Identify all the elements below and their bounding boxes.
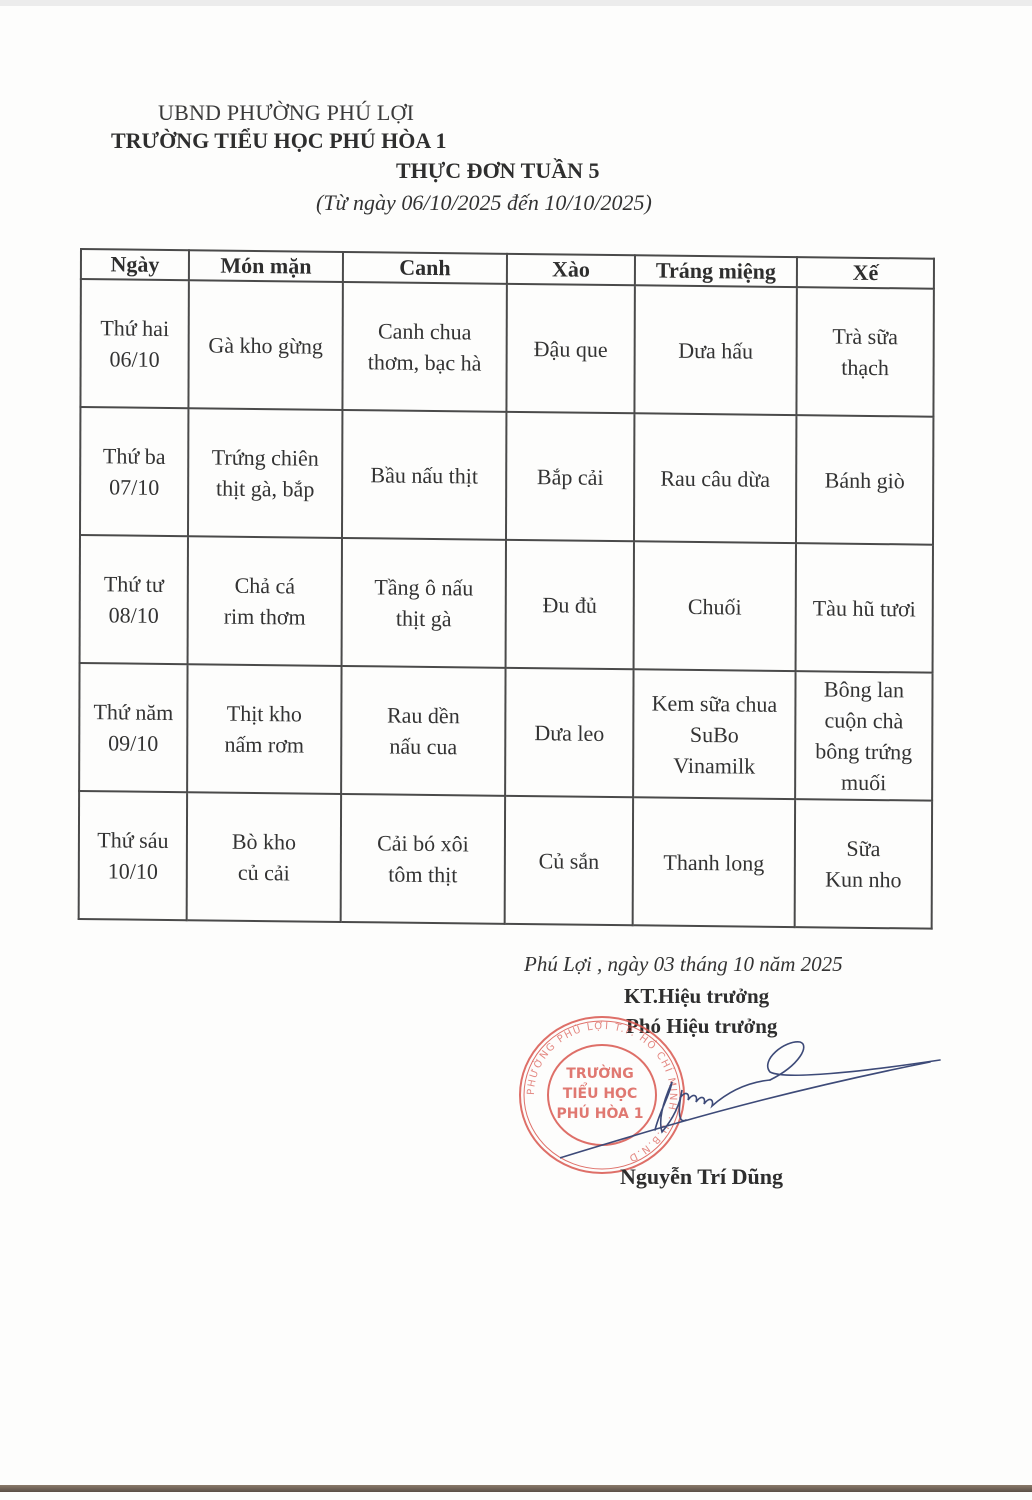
stir-fry-cell: Đậu que: [506, 284, 634, 413]
cell-text-line: nấm rơm: [192, 728, 336, 761]
cell-text-line: Bắp cải: [511, 460, 629, 492]
page-top-edge: [0, 0, 1032, 6]
main-dish-cell: Chả cárim thơm: [188, 536, 342, 666]
snack-cell: SữaKun nho: [795, 799, 932, 929]
cell-text-line: Dưa hấu: [640, 334, 792, 367]
cell-text-line: thơm, bạc hà: [348, 346, 502, 379]
table-row: Thứ sáu10/10Bò khocủ cảiCải bó xôitôm th…: [79, 791, 932, 929]
cell-text-line: Thứ năm: [84, 696, 182, 728]
cell-text-line: thịt gà: [347, 602, 501, 635]
main-dish-cell: Bò khocủ cải: [187, 792, 341, 922]
document-title: THỰC ĐƠN TUẦN 5: [396, 158, 600, 184]
day-cell: Thứ tư08/10: [80, 535, 188, 664]
cell-text-line: Dưa leo: [510, 716, 628, 748]
cell-text-line: Thứ tư: [85, 568, 183, 600]
column-header-dessert: Tráng miệng: [635, 255, 797, 287]
cell-text-line: 09/10: [84, 727, 182, 759]
cell-text-line: Kun nho: [800, 863, 927, 895]
cell-text-line: 06/10: [86, 343, 184, 375]
cell-text-line: 08/10: [85, 599, 183, 631]
cell-text-line: Đu đủ: [511, 588, 629, 620]
snack-cell: Bánh giò: [796, 415, 933, 545]
cell-text-line: 07/10: [85, 471, 183, 503]
cell-text-line: Đậu que: [512, 332, 630, 364]
cell-text-line: Tàu hũ tươi: [801, 592, 928, 624]
signer-name: Nguyễn Trí Dũng: [620, 1164, 783, 1190]
cell-text-line: muối: [800, 766, 927, 798]
cell-text-line: Bông lan: [800, 673, 927, 705]
column-header-snack: Xế: [797, 257, 934, 289]
snack-cell: Tàu hũ tươi: [796, 543, 933, 673]
cell-text-line: Gà kho gừng: [194, 329, 338, 362]
stir-fry-cell: Dưa leo: [505, 668, 633, 797]
cell-text-line: rim thơm: [193, 600, 337, 633]
cell-text-line: Thịt kho: [192, 697, 336, 730]
column-header-soup: Canh: [343, 252, 507, 284]
column-header-day: Ngày: [81, 249, 189, 280]
cell-text-line: tôm thịt: [346, 858, 500, 891]
column-header-main-dish: Món mặn: [189, 250, 343, 282]
soup-cell: Rau dềnnấu cua: [341, 666, 505, 796]
cell-text-line: Chuối: [639, 590, 791, 623]
cell-text-line: SuBo: [638, 718, 790, 751]
stir-fry-cell: Đu đủ: [506, 540, 634, 669]
handwritten-signature-icon: [560, 1020, 960, 1180]
cell-text-line: Thứ sáu: [84, 824, 182, 856]
cell-text-line: bông trứng: [800, 735, 927, 767]
soup-cell: Cải bó xôitôm thịt: [341, 794, 505, 924]
soup-cell: Canh chuathơm, bạc hà: [342, 282, 506, 412]
main-dish-cell: Trứng chiênthịt gà, bắp: [188, 408, 342, 538]
cell-text-line: Bánh giò: [801, 464, 928, 496]
cell-text-line: Vinamilk: [638, 749, 790, 782]
place-and-date: Phú Lợi , ngày 03 tháng 10 năm 2025: [524, 952, 843, 977]
cell-text-line: Rau dền: [346, 699, 500, 732]
cell-text-line: Canh chua: [348, 315, 502, 348]
cell-text-line: Rau câu dừa: [639, 462, 791, 495]
dessert-cell: Kem sữa chuaSuBoVinamilk: [633, 669, 795, 799]
table-row: Thứ ba07/10Trứng chiênthịt gà, bắpBầu nấ…: [80, 407, 933, 545]
stir-fry-cell: Củ sắn: [505, 796, 633, 925]
cell-text-line: Cải bó xôi: [346, 827, 500, 860]
main-dish-cell: Gà kho gừng: [188, 280, 342, 410]
dessert-cell: Thanh long: [633, 797, 795, 927]
main-dish-cell: Thịt khonấm rơm: [187, 664, 341, 794]
date-range: (Từ ngày 06/10/2025 đến 10/10/2025): [316, 190, 652, 216]
dessert-cell: Chuối: [634, 541, 796, 671]
cell-text-line: Bầu nấu thịt: [347, 459, 501, 492]
cell-text-line: Bò kho: [192, 825, 336, 858]
cell-text-line: Tầng ô nấu: [347, 571, 501, 604]
soup-cell: Tầng ô nấuthịt gà: [342, 538, 506, 668]
cell-text-line: Thứ hai: [86, 312, 184, 344]
dessert-cell: Dưa hấu: [634, 285, 796, 415]
day-cell: Thứ năm09/10: [79, 663, 187, 792]
soup-cell: Bầu nấu thịt: [342, 410, 506, 540]
table-row: Thứ hai06/10Gà kho gừngCanh chuathơm, bạ…: [80, 279, 933, 417]
page-bottom-edge: [0, 1485, 1032, 1492]
authority-name: UBND PHƯỜNG PHÚ LỢI: [158, 100, 414, 126]
dessert-cell: Rau câu dừa: [634, 413, 796, 543]
cell-text-line: Trứng chiên: [193, 441, 337, 474]
snack-cell: Trà sữathạch: [796, 287, 933, 417]
snack-cell: Bông lancuộn chàbông trứngmuối: [795, 671, 932, 801]
cell-text-line: cuộn chà: [800, 704, 927, 736]
cell-text-line: Chả cá: [193, 569, 337, 602]
cell-text-line: 10/10: [84, 855, 182, 887]
cell-text-line: Củ sắn: [510, 844, 628, 876]
stir-fry-cell: Bắp cải: [506, 412, 634, 541]
cell-text-line: thạch: [802, 351, 929, 383]
cell-text-line: nấu cua: [346, 730, 500, 763]
cell-text-line: củ cải: [192, 856, 336, 889]
table-row: Thứ năm09/10Thịt khonấm rơmRau dềnnấu cu…: [79, 663, 932, 801]
day-cell: Thứ ba07/10: [80, 407, 188, 536]
column-header-stir-fry: Xào: [507, 254, 635, 285]
cell-text-line: Trà sữa: [802, 320, 929, 352]
table-row: Thứ tư08/10Chả cárim thơmTầng ô nấuthịt …: [80, 535, 933, 673]
day-cell: Thứ hai06/10: [80, 279, 188, 408]
cell-text-line: Thanh long: [638, 846, 790, 879]
signer-role-line1: KT.Hiệu trưởng: [624, 984, 769, 1009]
day-cell: Thứ sáu10/10: [79, 791, 187, 920]
weekly-menu-table: Ngày Món mặn Canh Xào Tráng miệng Xế Thứ…: [78, 248, 935, 930]
cell-text-line: Thứ ba: [85, 440, 183, 472]
cell-text-line: Sữa: [800, 832, 927, 864]
cell-text-line: Kem sữa chua: [638, 687, 790, 720]
cell-text-line: thịt gà, bắp: [193, 472, 337, 505]
school-name: TRƯỜNG TIỂU HỌC PHÚ HÒA 1: [111, 128, 447, 154]
